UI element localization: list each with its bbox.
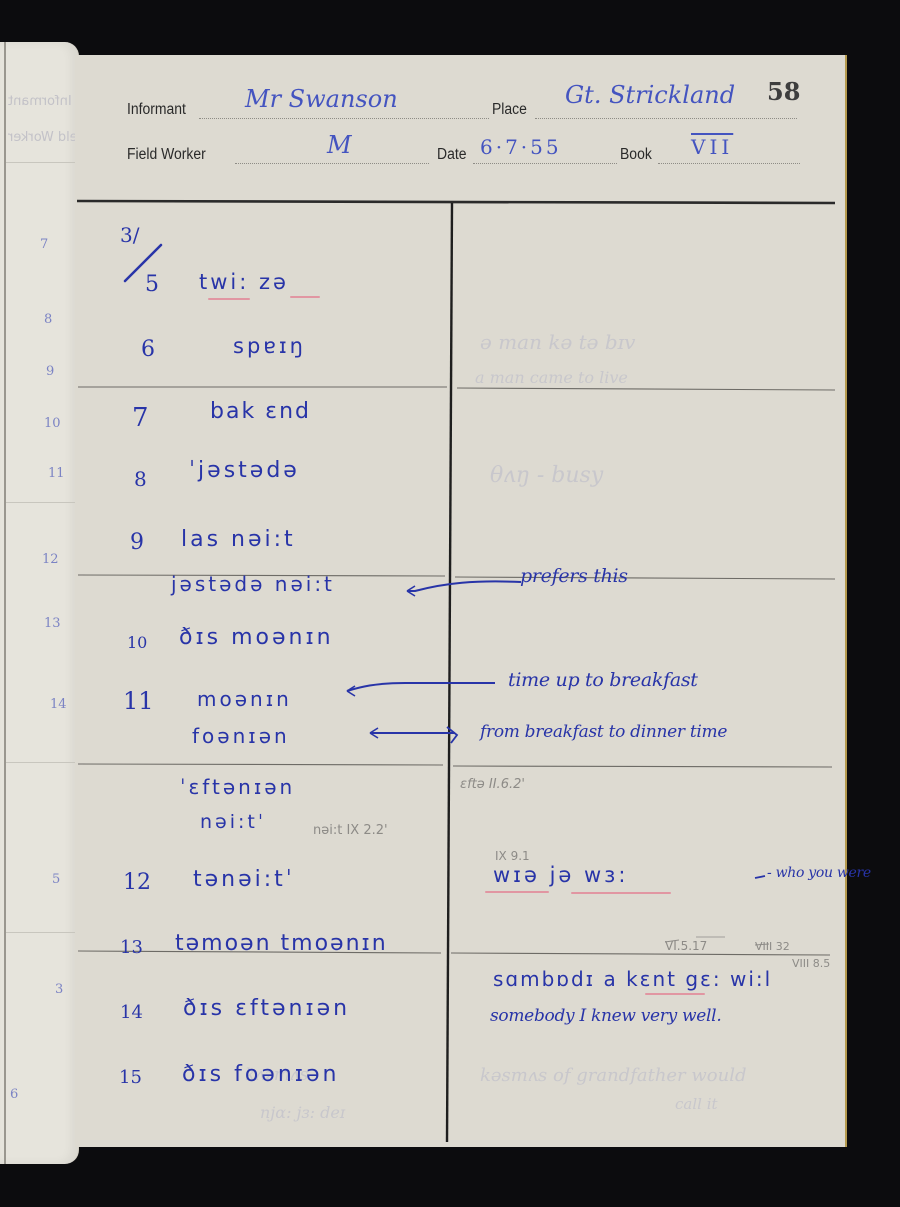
margin-mark: 3/ bbox=[120, 223, 139, 247]
prev-page-number: 12 bbox=[42, 552, 59, 567]
annotation-note: from breakfast to dinner time bbox=[480, 722, 727, 742]
prev-page-rule bbox=[6, 502, 78, 503]
entry-transcription: jəstədə nəi:t bbox=[171, 572, 335, 596]
pencil-note: nəi:t IX 2.2' bbox=[313, 823, 388, 838]
annotation-transcription: sɑmbɒdɪ a kɛnt gɛ: wi:l bbox=[493, 967, 772, 991]
prev-page-rule bbox=[6, 932, 78, 933]
entry-transcription: nəi:tˈ bbox=[200, 811, 266, 833]
pencil-note: IX 9.1 bbox=[495, 849, 530, 863]
red-underline bbox=[290, 296, 320, 298]
prev-page-number: 5 bbox=[52, 872, 60, 887]
prev-page-rule bbox=[6, 762, 78, 763]
entry-transcription: foənɪən bbox=[192, 724, 290, 748]
entry-number: 13 bbox=[120, 937, 143, 958]
entry-number: 15 bbox=[119, 1067, 142, 1088]
prev-page-number: 6 bbox=[10, 1087, 18, 1102]
prev-page-number: 3 bbox=[55, 982, 63, 997]
entry-number: 6 bbox=[141, 337, 155, 362]
entry-number: 12 bbox=[123, 870, 151, 895]
notebook-page: 58 Informant Mr Swanson Place Gt. Strick… bbox=[75, 55, 847, 1147]
prev-page-ghost-informant: Informant bbox=[8, 94, 72, 109]
pencil-note: VIII 8.5 bbox=[792, 957, 830, 970]
entry-transcription: bak ɛnd bbox=[210, 399, 311, 424]
prev-page-number: 9 bbox=[46, 364, 54, 379]
annotation-note: prefers this bbox=[520, 565, 628, 587]
entry-number: 7 bbox=[132, 403, 149, 433]
entry-number: 10 bbox=[127, 633, 147, 652]
previous-page-edge: Informant Field Worker 7 8 9 10 11 12 13… bbox=[0, 42, 79, 1164]
red-underline bbox=[645, 993, 705, 995]
entry-number: 5 bbox=[145, 272, 159, 297]
entry-transcription: twi: zə bbox=[199, 270, 289, 294]
entry-number: 9 bbox=[130, 530, 144, 555]
pencil-note: VIII 32 bbox=[755, 940, 790, 953]
entry-transcription: ˈjəstədə bbox=[189, 458, 300, 483]
entry-transcription: ðɪs foənɪən bbox=[182, 1062, 339, 1087]
entry-transcription: tənəi:tˈ bbox=[193, 867, 295, 892]
entry-transcription: spɐɪŋ bbox=[233, 334, 306, 358]
red-underline bbox=[571, 892, 671, 894]
entry-transcription: ˈɛftənɪən bbox=[180, 775, 295, 799]
annotation-note: time up to breakfast bbox=[508, 669, 698, 691]
prev-page-number: 7 bbox=[40, 237, 48, 252]
entry-transcription: las nəi:t bbox=[181, 527, 296, 552]
pencil-note: VI.5.17 bbox=[665, 939, 707, 953]
prev-page-rule bbox=[6, 162, 78, 163]
red-underline bbox=[485, 891, 549, 893]
entry-number: 8 bbox=[134, 467, 147, 491]
pencil-note: ɛftə II.6.2' bbox=[460, 777, 525, 792]
entry-transcription: təmoən tmoənɪn bbox=[175, 931, 388, 956]
book-spine bbox=[4, 42, 6, 1164]
annotation-transcription: wɪə jə wɜ: bbox=[493, 863, 628, 887]
prev-page-number: 14 bbox=[50, 697, 67, 712]
entry-transcription: ðɪs moənɪn bbox=[179, 625, 334, 650]
prev-page-number: 10 bbox=[44, 416, 61, 431]
entry-transcription: moənɪn bbox=[197, 687, 292, 711]
entry-number: 11 bbox=[123, 687, 154, 715]
entry-number: 14 bbox=[120, 1002, 143, 1023]
annotation-note: - who you were bbox=[767, 865, 871, 881]
prev-page-number: 11 bbox=[48, 466, 65, 481]
prev-page-number: 8 bbox=[44, 312, 52, 327]
prev-page-number: 13 bbox=[44, 616, 61, 631]
red-underline bbox=[208, 298, 250, 300]
annotation-note: somebody I knew very well. bbox=[490, 1006, 721, 1026]
entry-transcription: ðɪs ɛftənɪən bbox=[183, 996, 350, 1021]
